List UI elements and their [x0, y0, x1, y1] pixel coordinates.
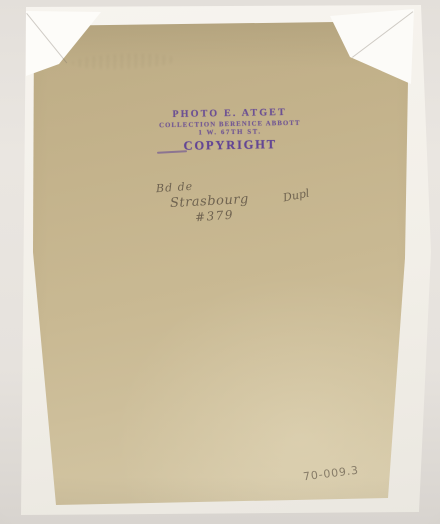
collection-stamp: PHOTO E. ATGET COLLECTION BERENICE ABBOT…	[146, 107, 315, 155]
photograph-verso-scene: PHOTO E. ATGET COLLECTION BERENICE ABBOT…	[0, 0, 440, 524]
faint-inscription	[72, 52, 176, 71]
handwritten-address-line2: Strasbourg	[170, 192, 250, 211]
photo-verso-paper: PHOTO E. ATGET COLLECTION BERENICE ABBOT…	[0, 0, 440, 524]
handwritten-address-line1: Bd de	[156, 180, 194, 196]
paper-shading	[0, 0, 440, 524]
stamp-line-photographer: PHOTO E. ATGET	[146, 107, 314, 121]
handwritten-side-note: Dupl	[282, 187, 310, 205]
handwritten-catalog-number: 70-009.3	[302, 464, 359, 484]
handwritten-negative-number: #379	[195, 208, 235, 225]
